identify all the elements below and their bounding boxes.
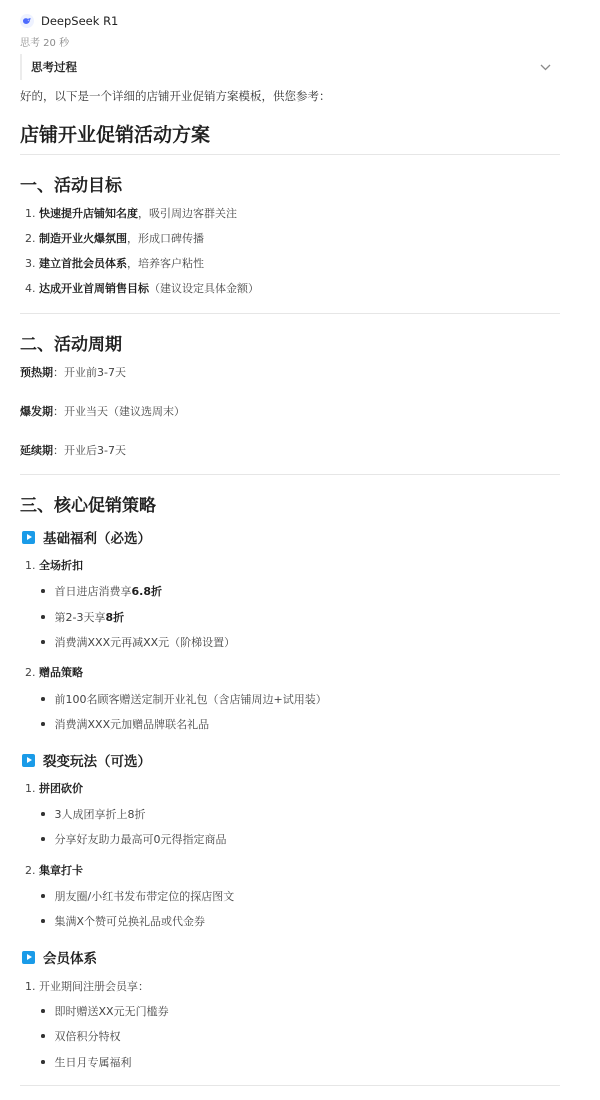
bullet-item: 消费满XXX元再减XX元（阶梯设置）	[41, 634, 235, 650]
bullet-dot	[41, 812, 45, 816]
bullet-item: 分享好友助力最高可0元得指定商品	[41, 831, 227, 847]
period-item: 预热期：开业前3-7天	[20, 364, 126, 380]
thinking-process-label: 思考过程	[31, 59, 77, 75]
bullet-item: 首日进店消费享6.8折	[41, 583, 162, 599]
bullet-dot	[41, 722, 45, 726]
divider	[20, 313, 560, 314]
section-heading-goals: 一、活动目标	[20, 171, 122, 196]
goal-item: 4. 达成开业首周销售目标（建议设定具体金额）	[25, 280, 259, 296]
goal-item: 2. 制造开业火爆氛围，形成口碑传播	[25, 230, 204, 246]
goal-item: 1. 快速提升店铺知名度，吸引周边客群关注	[25, 205, 237, 221]
play-square-icon	[22, 531, 35, 544]
goal-item: 3. 建立首批会员体系，培养客户粘性	[25, 255, 204, 271]
think-duration: 思考 20 秒	[20, 34, 69, 49]
divider	[20, 154, 560, 155]
intro-text: 好的，以下是一个详细的店铺开业促销方案模板，供您参考：	[20, 88, 331, 104]
bullet-item: 消费满XXX元加赠品牌联名礼品	[41, 716, 209, 732]
bullet-item: 生日月专属福利	[41, 1054, 132, 1070]
bullet-dot	[41, 837, 45, 841]
play-square-icon	[22, 951, 35, 964]
divider	[20, 474, 560, 475]
model-header: DeepSeek R1	[20, 12, 118, 30]
strategy-group-title: 2. 赠品策略	[25, 664, 83, 680]
bullet-dot	[41, 894, 45, 898]
deepseek-whale-icon	[20, 14, 34, 28]
bullet-dot	[41, 697, 45, 701]
strategy-group-title: 1. 开业期间注册会员享：	[25, 978, 149, 994]
model-name: DeepSeek R1	[41, 14, 118, 28]
strategy-group-title: 1. 全场折扣	[25, 557, 83, 573]
bullet-item: 朋友圈/小红书发布带定位的探店图文	[41, 888, 234, 904]
section-heading-period: 二、活动周期	[20, 330, 122, 355]
bullet-item: 前100名顾客赠送定制开业礼包（含店铺周边+试用装）	[41, 691, 327, 707]
bullet-dot	[41, 1060, 45, 1064]
bullet-dot	[41, 919, 45, 923]
divider	[20, 1085, 560, 1086]
section-heading-strategy: 三、核心促销策略	[20, 491, 156, 516]
strategy-group-title: 1. 拼团砍价	[25, 780, 83, 796]
thinking-process-toggle[interactable]: 思考过程	[20, 54, 560, 80]
bullet-dot	[41, 589, 45, 593]
subsection-heading-viral-play: 裂变玩法（可选）	[22, 750, 151, 770]
bullet-dot	[41, 615, 45, 619]
bullet-item: 即时赠送XX元无门槛券	[41, 1003, 169, 1019]
bullet-dot	[41, 1009, 45, 1013]
bullet-item: 3人成团享折上8折	[41, 806, 146, 822]
bullet-item: 第2-3天享8折	[41, 609, 124, 625]
strategy-group-title: 2. 集章打卡	[25, 862, 83, 878]
chevron-down-icon[interactable]	[538, 60, 552, 74]
subsection-heading-basic-benefits: 基础福利（必选）	[22, 527, 151, 547]
period-item: 延续期：开业后3-7天	[20, 442, 126, 458]
document-title: 店铺开业促销活动方案	[20, 120, 210, 147]
subsection-heading-membership: 会员体系	[22, 947, 97, 967]
bullet-item: 双倍积分特权	[41, 1028, 121, 1044]
bullet-dot	[41, 1034, 45, 1038]
bullet-dot	[41, 640, 45, 644]
bullet-item: 集满X个赞可兑换礼品或代金券	[41, 913, 205, 929]
play-square-icon	[22, 754, 35, 767]
period-item: 爆发期：开业当天（建议选周末）	[20, 403, 185, 419]
